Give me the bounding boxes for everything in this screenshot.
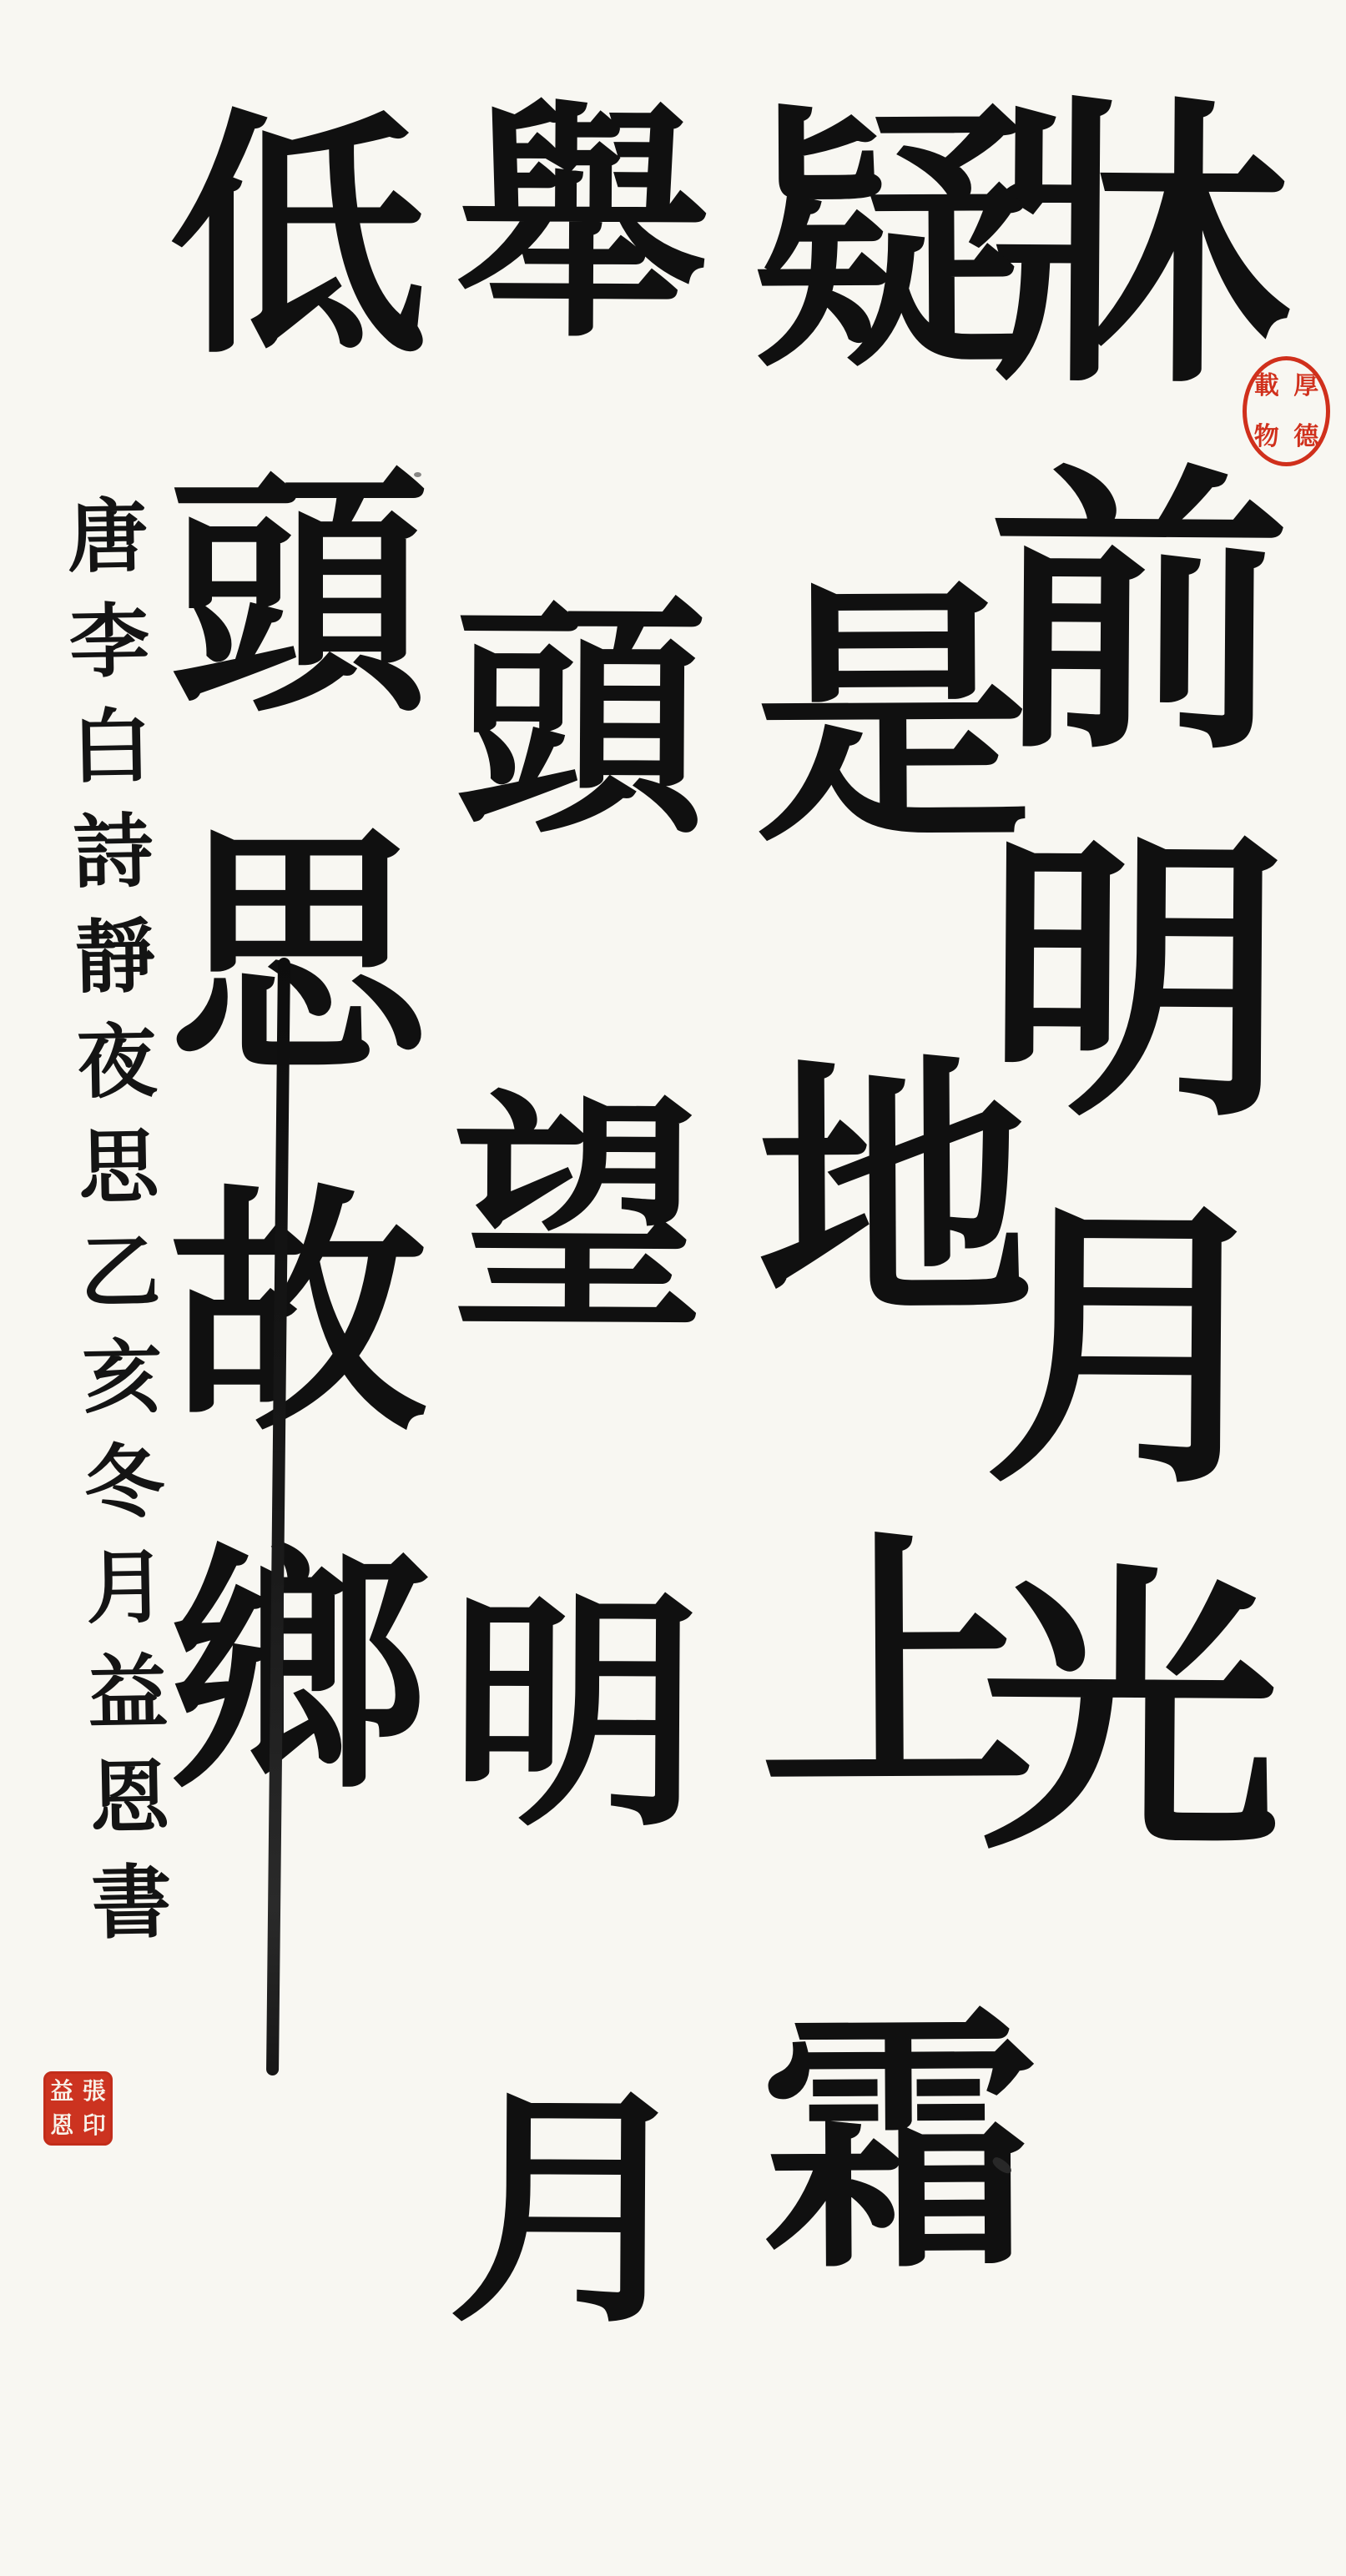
seal-character: 恩 <box>50 2114 73 2137</box>
oval-relief-seal: 厚 德 載 物 <box>1243 356 1330 466</box>
signature-column: 唐李白詩靜夜思乙亥冬月益恩書 <box>61 493 167 1965</box>
seal-character: 印 <box>83 2114 106 2137</box>
seal-character: 物 <box>1254 425 1279 450</box>
square-name-seal: 張 益 恩 印 <box>43 2071 113 2146</box>
seal-character: 厚 <box>1293 374 1318 399</box>
ink-speck <box>414 472 421 477</box>
seal-character: 載 <box>1254 374 1279 399</box>
calligraphy-scroll: 牀前明月光 疑是地上霜 舉頭望明月 低頭思故鄉 唐李白詩靜夜思乙亥冬月益恩書 厚… <box>0 0 1346 2576</box>
seal-character: 德 <box>1293 425 1318 450</box>
poem-column-3: 舉頭望明月 <box>423 91 687 2574</box>
seal-character: 張 <box>83 2080 106 2103</box>
poem-column-2: 疑是地上霜 <box>728 95 1016 2474</box>
seal-character: 益 <box>50 2080 73 2103</box>
